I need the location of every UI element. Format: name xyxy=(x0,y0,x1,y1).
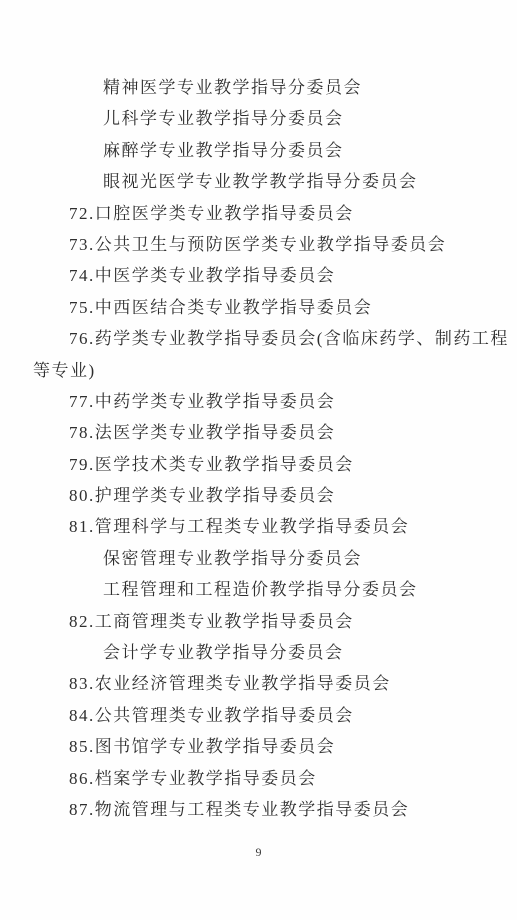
text-line: 精神医学专业教学指导分委员会 xyxy=(33,72,509,103)
document-page: 精神医学专业教学指导分委员会儿科学专业教学指导分委员会麻醉学专业教学指导分委员会… xyxy=(0,0,517,920)
page-number: 9 xyxy=(0,845,517,859)
text-line: 84.公共管理类专业教学指导委员会 xyxy=(33,700,509,731)
text-line: 工程管理和工程造价教学指导分委员会 xyxy=(33,574,509,605)
text-line: 81.管理科学与工程类专业教学指导委员会 xyxy=(33,511,509,542)
text-line: 79.医学技术类专业教学指导委员会 xyxy=(33,449,509,480)
text-line: 儿科学专业教学指导分委员会 xyxy=(33,103,509,134)
text-line: 78.法医学类专业教学指导委员会 xyxy=(33,417,509,448)
committee-list: 精神医学专业教学指导分委员会儿科学专业教学指导分委员会麻醉学专业教学指导分委员会… xyxy=(33,72,509,825)
text-line: 85.图书馆学专业教学指导委员会 xyxy=(33,731,509,762)
text-line: 82.工商管理类专业教学指导委员会 xyxy=(33,606,509,637)
text-line: 87.物流管理与工程类专业教学指导委员会 xyxy=(33,794,509,825)
text-line: 74.中医学类专业教学指导委员会 xyxy=(33,260,509,291)
text-line: 83.农业经济管理类专业教学指导委员会 xyxy=(33,668,509,699)
text-line: 73.公共卫生与预防医学类专业教学指导委员会 xyxy=(33,229,509,260)
text-line: 保密管理专业教学指导分委员会 xyxy=(33,543,509,574)
text-line: 86.档案学专业教学指导委员会 xyxy=(33,763,509,794)
text-line: 等专业) xyxy=(33,355,509,386)
text-line: 77.中药学类专业教学指导委员会 xyxy=(33,386,509,417)
text-line: 72.口腔医学类专业教学指导委员会 xyxy=(33,198,509,229)
text-line: 麻醉学专业教学指导分委员会 xyxy=(33,135,509,166)
text-line: 会计学专业教学指导分委员会 xyxy=(33,637,509,668)
text-line: 76.药学类专业教学指导委员会(含临床药学、制药工程 xyxy=(33,323,509,354)
text-line: 80.护理学类专业教学指导委员会 xyxy=(33,480,509,511)
text-line: 75.中西医结合类专业教学指导委员会 xyxy=(33,292,509,323)
text-line: 眼视光医学专业教学教学指导分委员会 xyxy=(33,166,509,197)
